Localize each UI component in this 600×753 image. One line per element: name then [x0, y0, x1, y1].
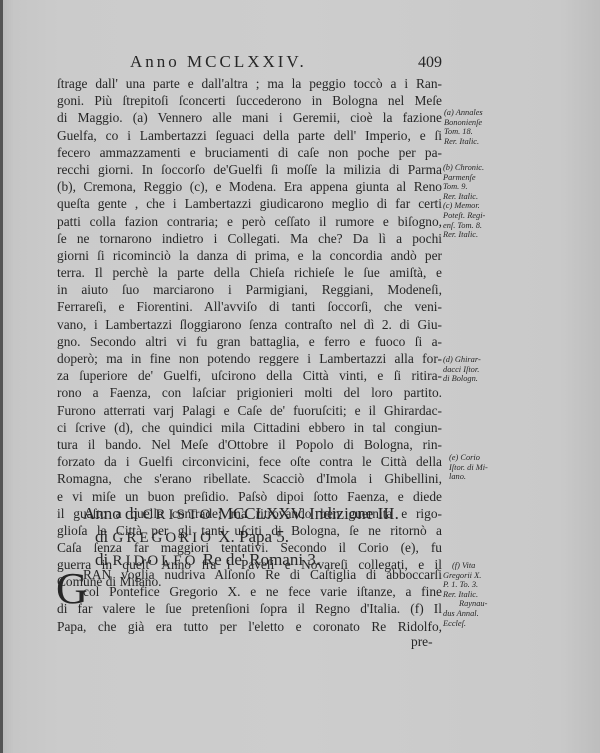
note-line: di Bologn. — [443, 374, 481, 384]
note-line: Eccleſ. — [443, 619, 487, 629]
text-line: Papa, che già era tutto per l'eletto e c… — [57, 618, 442, 635]
note-line: (a) Annales — [444, 108, 483, 118]
year-heading-line1: Anno di Cristo MCCLXXV. Indizione III. — [83, 503, 399, 526]
note-line: (f) Vita — [443, 561, 487, 571]
note-line: Iſtor. di Mi- — [449, 463, 488, 473]
note-line: Raynau- — [443, 599, 487, 609]
text-line: Guelfa, co i Lambertazzi ſeguaci della p… — [57, 127, 442, 144]
note-line: Rer. Italic. — [443, 192, 485, 202]
text-line: fecero ammazzamenti e bruciamenti di caſ… — [57, 144, 442, 161]
text-line: in aiuto ſuo marciarono i Parmigiani, Re… — [57, 281, 442, 298]
heading-text: X. Papa 5. — [214, 527, 289, 546]
text-line: col Pontefice Gregorio X. e ne fece vari… — [57, 583, 442, 600]
text-line: terra. Il perchè la parte della Chieſa r… — [57, 264, 442, 281]
text-line: gno. Secondo altri vi fu gran battaglia,… — [57, 333, 442, 350]
text-line: (b), Cremona, Reggio (c), e Modena. Era … — [57, 178, 442, 195]
year-heading-line2: di Gregorio X. Papa 5. — [83, 526, 399, 549]
heading-text: Anno di — [83, 504, 143, 523]
marginal-note-a: (a) Annales Bononienſe Tom. 18. Rer. Ita… — [444, 108, 483, 146]
text-line: za ſuperiore de' Guelfi, uſcirono della … — [57, 367, 442, 384]
text-line: Furono atterrati varj Palagi e Caſe de' … — [57, 402, 442, 419]
note-line: Tom. 18. — [444, 127, 483, 137]
note-line: Bononienſe — [444, 118, 483, 128]
text-line: rono a Faenza, con laſciar prigionieri m… — [57, 384, 442, 401]
text-line: vano, i Lambertazzi ſloggiarono ſenza co… — [57, 316, 442, 333]
page-number: 409 — [418, 54, 442, 72]
running-header: Anno MCCLXXIV. 409 — [120, 52, 450, 76]
year-heading: Anno di Cristo MCCLXXV. Indizione III. d… — [83, 503, 399, 572]
text-line: di Maggio. (a) Vennero alle mani i Gerem… — [57, 109, 442, 126]
marginal-note-f: (f) Vita Gregorii X. P. 1. To. 3. Rer. I… — [443, 561, 487, 628]
note-line: Parmenſe — [443, 173, 485, 183]
text-line: Ferrareſi, e Fiorentini. All'avviſo di t… — [57, 298, 442, 315]
note-line: Rer. Italic. — [444, 137, 483, 147]
text-line: di far valere le ſue pretenſioni ſopra i… — [57, 600, 442, 617]
note-line: dacci Iſtor. — [443, 365, 481, 375]
note-line: lano. — [449, 472, 488, 482]
text-line: ſtrage dall' una parte e dall'altra ; ma… — [57, 75, 442, 92]
note-line: enſ. Tom. 8. — [443, 221, 485, 231]
note-line: (d) Ghirar- — [443, 355, 481, 365]
text-line: forzato da i Guelfi circonvicini, fece o… — [57, 453, 442, 470]
heading-text: di — [95, 527, 112, 546]
note-line: Gregorii X. — [443, 571, 487, 581]
text-line: tura il bando. Nel Meſe d'Ottobre il Pop… — [57, 436, 442, 453]
note-line: P. 1. To. 3. — [443, 580, 487, 590]
heading-smallcaps: Cristo — [143, 507, 214, 523]
note-line: (e) Corio — [449, 453, 488, 463]
text-line: queſta gente , che i Lambertazzi giudica… — [57, 195, 442, 212]
heading-text: MCCLXXV. Indizione III. — [214, 504, 399, 523]
scanned-page: Anno MCCLXXIV. 409 ſtrage dall' una part… — [0, 0, 600, 753]
heading-smallcaps: Gregorio — [112, 530, 214, 546]
note-line: Tom. 9. — [443, 182, 485, 192]
text-line: ſe ne tornarono indietro i Collegati. Ma… — [57, 230, 442, 247]
text-line: patti colla fazion contraria; e però ceſ… — [57, 213, 442, 230]
text-line: Romagna, che s'erano ribellate. Scacciò … — [57, 470, 442, 487]
page-edge — [0, 0, 3, 753]
note-line: Rer. Italic. — [443, 590, 487, 600]
section2-text-block: RAN voglia nudriva Alſonſo Re di Caſtigl… — [57, 566, 442, 635]
catchword: pre- — [411, 634, 433, 650]
running-title: Anno MCCLXXIV. — [130, 52, 307, 72]
text-line: RAN voglia nudriva Alſonſo Re di Caſtigl… — [57, 566, 442, 583]
marginal-note-d: (d) Ghirar- dacci Iſtor. di Bologn. — [443, 355, 481, 384]
text-line: recchi giorni. In ſoccorſo de'Guelfi ſi … — [57, 161, 442, 178]
text-line: doperò; ma in fine non potendo reggere i… — [57, 350, 442, 367]
note-line: Rer. Italic. — [443, 230, 485, 240]
marginal-note-b-c: (b) Chronic. Parmenſe Tom. 9. Rer. Itali… — [443, 163, 485, 240]
marginal-note-e: (e) Corio Iſtor. di Mi- lano. — [449, 453, 488, 482]
note-line: (b) Chronic. — [443, 163, 485, 173]
note-line: (c) Memor. — [443, 201, 485, 211]
note-line: dus Annal. — [443, 609, 487, 619]
text-line: ci ſcrive (d), che quindici mila Cittadi… — [57, 419, 442, 436]
note-line: Poteſt. Regi- — [443, 211, 485, 221]
text-line: giorni ſi ricominciò la danza di prima, … — [57, 247, 442, 264]
text-line: goni. Più ſtrepitoſi ſconcerti ſuccedero… — [57, 92, 442, 109]
